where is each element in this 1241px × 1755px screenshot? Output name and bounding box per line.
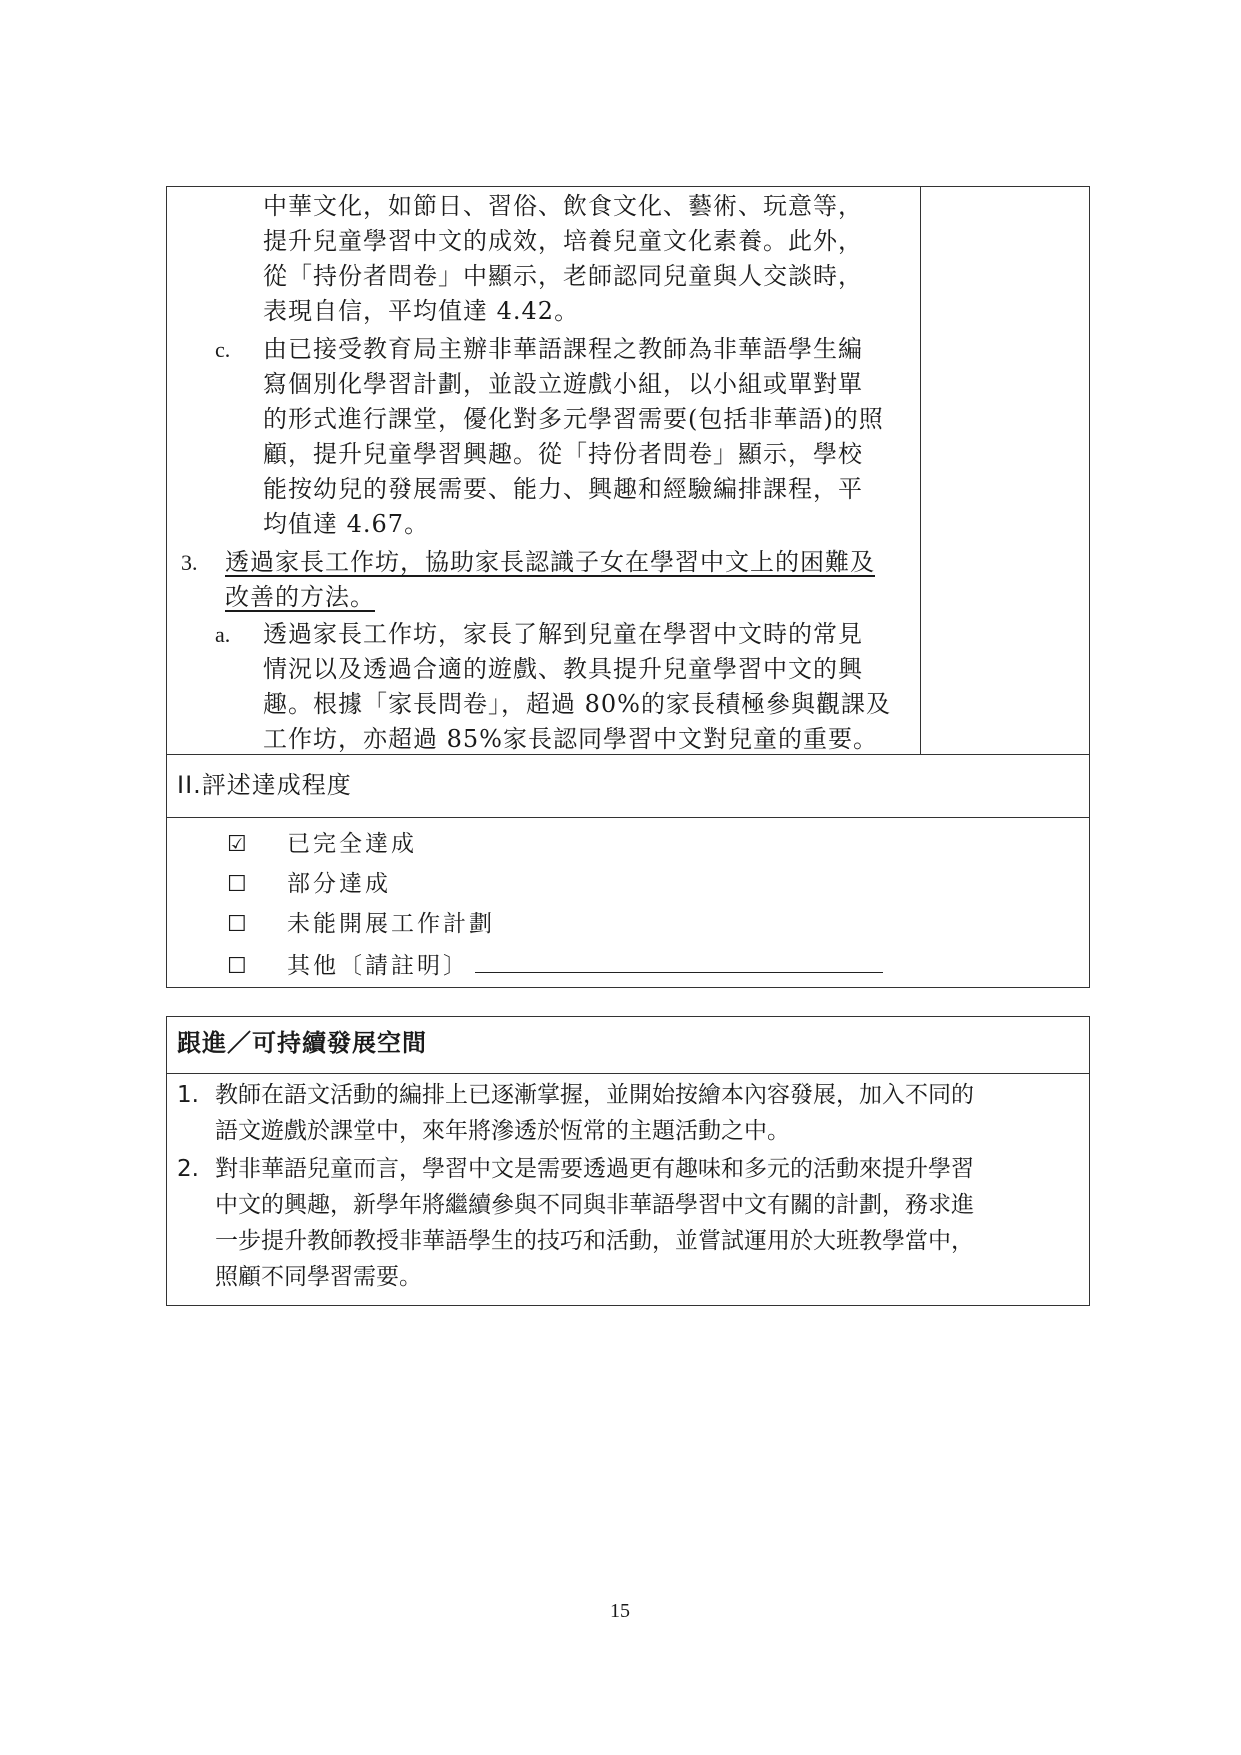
checkbox-icon[interactable]: ☐	[227, 909, 253, 941]
objective-heading: 透過家長工作坊，協助家長認識子女在學習中文上的困難及	[225, 545, 875, 580]
achievement-table: II.評述達成程度 ☑已完全達成 ☐部分達成 ☐未能開展工作計劃 ☐其他〔請註明…	[166, 754, 1090, 988]
option-partially-achieved[interactable]: ☐部分達成	[227, 868, 391, 901]
other-specify-field[interactable]	[475, 948, 883, 973]
option-not-started[interactable]: ☐未能開展工作計劃	[227, 908, 495, 941]
text-line: 趣。根據「家長問卷」，超過 80%的家長積極參與觀課及	[263, 687, 891, 722]
evaluation-table: 中華文化，如節日、習俗、飲食文化、藝術、玩意等， 提升兒童學習中文的成效，培養兒…	[166, 186, 1090, 754]
text-line: 教師在語文活動的編排上已逐漸掌握，並開始按繪本內容發展，加入不同的	[215, 1077, 974, 1113]
text-line: 表現自信，平均值達 4.42。	[263, 294, 579, 329]
text-line: 一步提升教師教授非華語學生的技巧和活動，並嘗試運用於大班教學當中，	[215, 1223, 974, 1259]
followup-table: 跟進／可持續發展空間 1. 教師在語文活動的編排上已逐漸掌握，並開始按繪本內容發…	[166, 1016, 1090, 1306]
option-fully-achieved[interactable]: ☑已完全達成	[227, 828, 417, 861]
text-line: 均值達 4.67。	[263, 507, 429, 542]
text-line: 的形式進行課堂，優化對多元學習需要(包括非華語)的照	[263, 402, 884, 437]
text-line: 透過家長工作坊，家長了解到兒童在學習中文時的常見	[263, 617, 863, 652]
option-other[interactable]: ☐其他〔請註明〕	[227, 948, 883, 983]
text-line: 照顧不同學習需要。	[215, 1259, 422, 1295]
page-number: 15	[610, 1600, 630, 1623]
item-marker: c.	[215, 332, 230, 367]
objective-heading: 改善的方法。	[225, 580, 375, 615]
text-line: 中文的興趣，新學年將繼續參與不同與非華語學習中文有關的計劃，務求進	[215, 1187, 974, 1223]
text-line: 提升兒童學習中文的成效，培養兒童文化素養。此外，	[263, 224, 863, 259]
section-title: II.評述達成程度	[177, 769, 352, 801]
option-label: 部分達成	[287, 871, 391, 897]
text-line: 工作坊，亦超過 85%家長認同學習中文對兒童的重要。	[263, 722, 878, 757]
checkbox-icon[interactable]: ☐	[227, 869, 253, 901]
checkbox-checked-icon[interactable]: ☑	[227, 829, 253, 861]
item-marker: a.	[215, 617, 230, 652]
followup-header: 跟進／可持續發展空間	[167, 1017, 1089, 1074]
text-line: 顧，提升兒童學習興趣。從「持份者問卷」顯示，學校	[263, 437, 863, 472]
text-line: 語文遊戲於課堂中，來年將滲透於恆常的主題活動之中。	[215, 1113, 790, 1149]
checkbox-icon[interactable]: ☐	[227, 951, 253, 983]
remarks-column	[920, 187, 921, 754]
option-label: 未能開展工作計劃	[287, 911, 495, 937]
text-line: 寫個別化學習計劃，並設立遊戲小組，以小組或單對單	[263, 367, 863, 402]
section-title: 跟進／可持續發展空間	[177, 1027, 427, 1059]
option-label: 已完全達成	[287, 831, 417, 857]
text-line: 從「持份者問卷」中顯示，老師認同兒童與人交談時，	[263, 259, 863, 294]
option-label: 其他〔請註明〕	[287, 953, 469, 979]
item-marker: 2.	[177, 1151, 199, 1187]
text-line: 情況以及透過合適的遊戲、教具提升兒童學習中文的興	[263, 652, 863, 687]
achievement-header: II.評述達成程度	[167, 755, 1089, 818]
text-line: 由已接受教育局主辦非華語課程之教師為非華語學生編	[263, 332, 863, 367]
text-line: 對非華語兒童而言，學習中文是需要透過更有趣味和多元的活動來提升學習	[215, 1151, 974, 1187]
item-marker: 3.	[181, 545, 198, 580]
item-marker: 1.	[177, 1077, 199, 1113]
text-line: 中華文化，如節日、習俗、飲食文化、藝術、玩意等，	[263, 189, 863, 224]
text-line: 能按幼兒的發展需要、能力、興趣和經驗編排課程，平	[263, 472, 863, 507]
